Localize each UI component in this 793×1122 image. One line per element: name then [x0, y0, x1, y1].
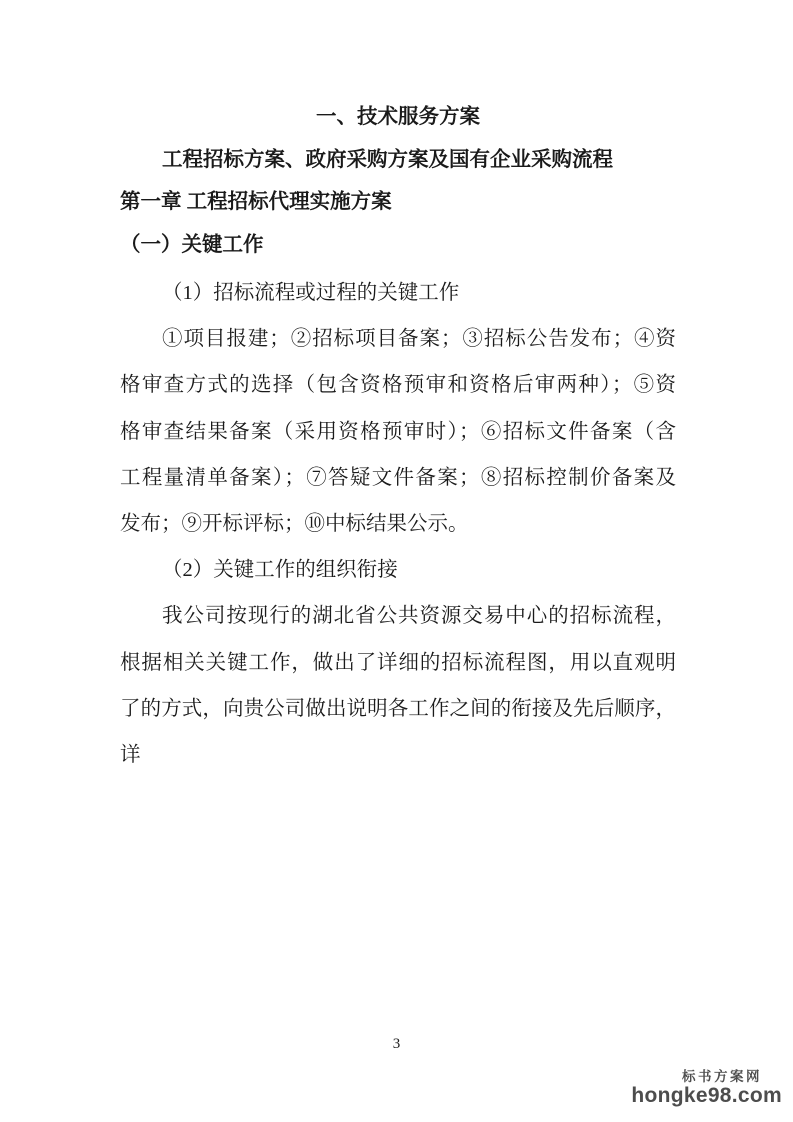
doc-title: 一、技术服务方案: [120, 96, 676, 139]
body-text: （1）招标流程或过程的关键工作 ①项目报建；②招标项目备案；③招标公告发布；④资…: [120, 270, 676, 778]
paragraph-2: 我公司按现行的湖北省公共资源交易中心的招标流程， 根据相关关键工作，做出了详细的…: [120, 593, 676, 778]
section-heading: （一）关键工作: [120, 224, 676, 267]
text-line: 发布；⑨开标评标；⑩中标结果公示。: [120, 501, 676, 547]
text-line: 格审查方式的选择（包含资格预审和资格后审两种）；⑤资: [120, 362, 676, 408]
document-content: 一、技术服务方案 工程招标方案、政府采购方案及国有企业采购流程 第一章 工程招标…: [120, 96, 676, 778]
list-item-2-heading: （2）关键工作的组织衔接: [120, 547, 676, 593]
text-line: 根据相关关键工作，做出了详细的招标流程图，用以直观明: [120, 640, 676, 686]
paragraph-1: ①项目报建；②招标项目备案；③招标公告发布；④资 格审查方式的选择（包含资格预审…: [120, 316, 676, 547]
page-number: 3: [0, 1036, 793, 1053]
text-line: 详: [120, 732, 676, 778]
chapter-heading: 第一章 工程招标代理实施方案: [120, 181, 676, 224]
watermark-site-url: hongke98.com: [631, 1085, 782, 1107]
text-line: 了的方式，向贵公司做出说明各工作之间的衔接及先后顺序，: [120, 686, 676, 732]
watermark-site-name: 标书方案网: [631, 1068, 782, 1085]
text-line: 工程量清单备案）；⑦答疑文件备案；⑧招标控制价备案及: [120, 455, 676, 501]
text-line: 格审查结果备案（采用资格预审时）；⑥招标文件备案（含: [120, 409, 676, 455]
text-line: ①项目报建；②招标项目备案；③招标公告发布；④资: [120, 316, 676, 362]
watermark-logo: 标书方案网 hongke98.com: [631, 1068, 782, 1107]
document-page: 一、技术服务方案 工程招标方案、政府采购方案及国有企业采购流程 第一章 工程招标…: [0, 0, 793, 1122]
text-line: 我公司按现行的湖北省公共资源交易中心的招标流程，: [120, 593, 676, 639]
doc-subtitle: 工程招标方案、政府采购方案及国有企业采购流程: [120, 139, 676, 182]
list-item-1-heading: （1）招标流程或过程的关键工作: [120, 270, 676, 316]
